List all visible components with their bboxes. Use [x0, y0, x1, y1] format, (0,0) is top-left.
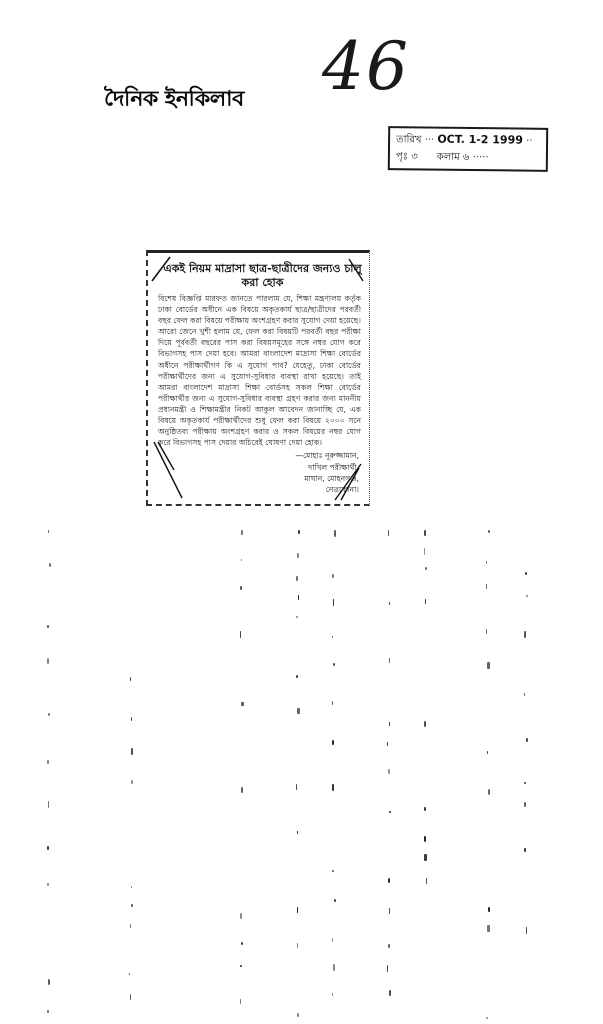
scan-speck — [389, 602, 391, 605]
scan-speck — [389, 908, 390, 914]
scan-speck — [297, 831, 298, 834]
corner-pen-mark — [329, 462, 363, 502]
scan-speck — [296, 616, 298, 618]
scan-speck — [240, 999, 241, 1004]
scan-speck — [240, 586, 242, 590]
stamp-dots: ····· — [473, 152, 489, 163]
scan-speck — [334, 530, 336, 537]
scan-speck — [425, 599, 426, 604]
scan-speck — [47, 1010, 49, 1013]
scan-speck — [488, 907, 490, 913]
scan-speck — [487, 662, 489, 669]
scan-speck — [332, 870, 334, 872]
scan-speck — [524, 848, 526, 852]
scan-speck — [240, 631, 241, 637]
scan-speck — [387, 965, 388, 972]
scan-speck — [332, 574, 334, 578]
scan-speck — [332, 784, 334, 791]
stamp-date-row: তারিখ ··· OCT. 1-2 1999 ·· — [396, 130, 546, 150]
scan-speck — [526, 595, 528, 597]
scan-speck — [424, 836, 425, 843]
scan-speck — [297, 553, 299, 558]
stamp-column-label: কলাম — [437, 152, 460, 163]
clipping-headline: একই নিয়ম মাদ্রাসা ছাত্র-ছাত্রীদের জন্যও… — [162, 262, 363, 290]
scan-speck — [297, 1013, 299, 1017]
scan-speck — [524, 631, 526, 638]
scan-speck — [241, 559, 242, 561]
scan-speck — [240, 965, 241, 967]
scan-speck — [131, 780, 133, 783]
scan-speck — [333, 964, 335, 971]
scan-speck — [241, 787, 243, 793]
scan-speck — [297, 907, 298, 913]
scan-speck — [426, 878, 428, 884]
scan-speck — [525, 572, 527, 574]
clipping-body: বিশেষ বিজ্ঞপ্তি মারফত জানতে পারলাম যে, শ… — [158, 293, 361, 448]
clipping-paragraph: বিশেষ বিজ্ঞপ্তি মারফত জানতে পারলাম যে, শ… — [158, 293, 361, 448]
scan-speck — [389, 811, 391, 813]
scan-speck — [333, 663, 335, 666]
scan-speck — [333, 599, 335, 606]
corner-pen-mark — [150, 253, 172, 283]
scan-speck — [424, 807, 426, 810]
stamp-date-label: তারিখ — [396, 134, 421, 145]
scan-speck — [131, 886, 132, 888]
scan-speck — [488, 530, 490, 533]
corner-pen-mark — [152, 440, 186, 500]
scan-speck — [389, 990, 390, 996]
stamp-page-value: ৩ — [411, 151, 418, 162]
newspaper-clipping: একই নিয়ম মাদ্রাসা ছাত্র-ছাত্রীদের জন্যও… — [146, 250, 370, 506]
scan-speck — [298, 595, 300, 600]
scan-speck — [131, 717, 132, 721]
scan-speck — [241, 702, 243, 706]
scan-speck — [424, 854, 426, 861]
scan-speck — [424, 721, 426, 727]
archive-stamp: তারিখ ··· OCT. 1-2 1999 ·· পৃঃ ৩ কলাম ৬ … — [388, 126, 548, 172]
scan-speck — [131, 748, 133, 754]
stamp-page-row: পৃঃ ৩ কলাম ৬ ····· — [396, 148, 546, 167]
stamp-dots: ··· — [425, 135, 438, 146]
scan-speck — [296, 576, 298, 581]
scan-speck — [388, 769, 390, 774]
scan-speck — [389, 658, 390, 662]
scan-speck — [298, 530, 300, 534]
scan-speck — [297, 708, 299, 715]
stamp-spacer — [421, 152, 434, 163]
stamp-dots: ·· — [526, 136, 532, 147]
scan-speck — [388, 878, 390, 883]
scan-speck — [130, 924, 131, 928]
scan-speck — [389, 722, 390, 726]
scan-speck — [240, 913, 242, 919]
scan-speck — [332, 938, 333, 942]
scan-speck — [48, 713, 50, 716]
stamp-column-value: ৬ — [463, 152, 470, 163]
scan-speck — [130, 677, 131, 681]
scan-speck — [524, 782, 526, 784]
scan-speck — [49, 563, 51, 567]
scan-speck — [47, 883, 49, 885]
scan-speck — [425, 567, 427, 570]
corner-pen-mark — [347, 255, 367, 285]
scan-speck — [47, 658, 49, 665]
scan-speck — [526, 738, 528, 742]
scan-speck — [296, 784, 297, 790]
handwritten-page-number: 46 — [322, 28, 410, 105]
scan-speck — [332, 701, 333, 705]
scan-speck — [131, 904, 133, 907]
newspaper-masthead: দৈনিক ইনকিলাব — [104, 83, 244, 118]
scan-speck — [388, 530, 389, 536]
scan-speck — [524, 693, 525, 696]
scan-speck — [129, 973, 131, 975]
scan-speck — [487, 925, 489, 932]
scan-speck — [526, 927, 527, 934]
scan-speck — [424, 548, 425, 555]
stamp-date-value: OCT. 1-2 1999 — [437, 133, 523, 147]
scan-speck — [47, 760, 49, 764]
scan-speck — [48, 801, 49, 808]
scan-speck — [486, 561, 488, 564]
scan-speck — [47, 625, 49, 628]
scan-speck — [388, 944, 389, 948]
scan-speck — [486, 1017, 488, 1020]
scan-speck — [487, 751, 488, 754]
scan-speck — [296, 675, 298, 678]
scan-speck — [486, 629, 487, 634]
scan-speck — [130, 994, 131, 1000]
scan-speck — [48, 530, 49, 533]
scan-speck — [241, 530, 243, 535]
scan-speck — [48, 979, 50, 985]
scan-speck — [524, 802, 526, 807]
scan-speck — [387, 742, 388, 746]
scan-speck — [488, 789, 490, 795]
scan-speck — [424, 530, 426, 536]
scan-speck — [297, 943, 299, 948]
stamp-page-label: পৃঃ — [396, 151, 408, 162]
scan-speck — [334, 899, 336, 902]
scan-speck — [486, 584, 487, 588]
scan-speck — [241, 942, 243, 945]
scan-speck — [332, 740, 334, 745]
scan-speck — [47, 846, 49, 850]
scan-speck — [332, 636, 334, 639]
scan-speck — [332, 993, 333, 997]
